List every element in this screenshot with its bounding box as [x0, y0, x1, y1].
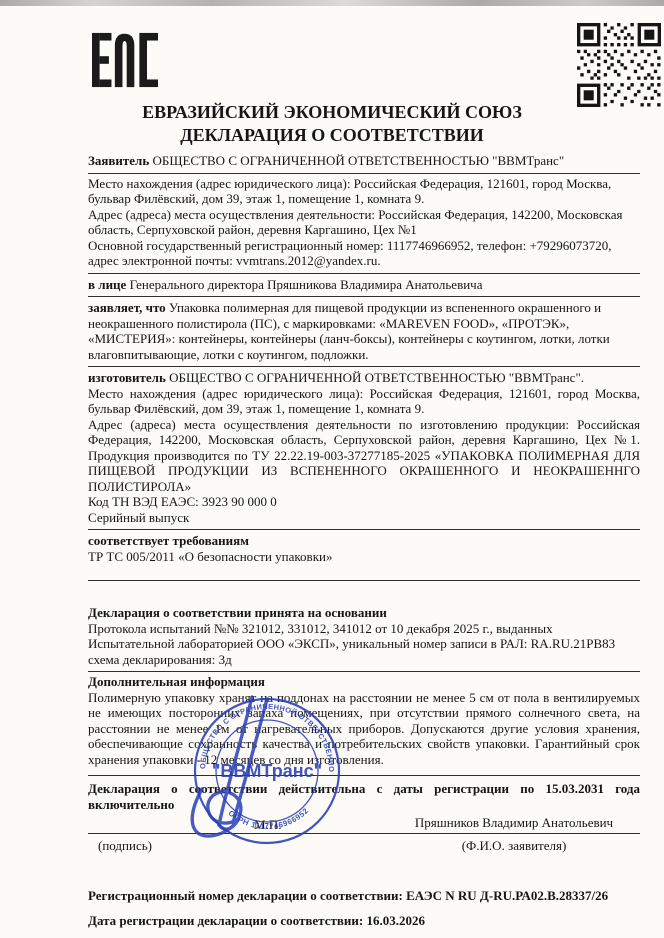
complies-row: соответствует требованиям ТР ТС 005/2011… [88, 530, 640, 581]
declares-row: заявляет, что Упаковка полимерная для пи… [88, 297, 640, 367]
applicant-legal-address: Место нахождения (адрес юридического лиц… [88, 176, 640, 207]
signature-area: М.П. Пряшников Владимир Анатольевич (под… [88, 814, 640, 872]
registration-date-value: 16.03.2026 [366, 913, 425, 928]
release-type: Серийный выпуск [88, 510, 640, 526]
complies-value: ТР ТС 005/2011 «О безопасности упаковки» [88, 549, 640, 565]
applicant-value: ОБЩЕСТВО С ОГРАНИЧЕННОЙ ОТВЕТСТВЕННОСТЬЮ… [152, 153, 564, 168]
title-line-declaration: ДЕКЛАРАЦИЯ О СООТВЕТСТВИИ [0, 124, 664, 147]
declares-label: заявляет, что [88, 300, 166, 315]
additional-info-label: Дополнительная информация [88, 674, 640, 690]
declaration-scheme: схема декларирования: 3д [88, 652, 640, 668]
name-caption: (Ф.И.О. заявителя) [388, 838, 640, 854]
complies-label: соответствует требованиям [88, 533, 640, 549]
handwritten-signature [180, 692, 310, 849]
scan-edge-artifact [0, 0, 664, 6]
basis-value: Протокола испытаний №№ 321012, 331012, 3… [88, 621, 640, 652]
validity-row: Декларация о соответствии действительна … [88, 776, 640, 814]
registration-number-value: ЕАЭС N RU Д-RU.РА02.В.28337/26 [406, 888, 608, 903]
registration-footer: Регистрационный номер декларации о соотв… [88, 886, 640, 931]
applicant-row: Заявитель ОБЩЕСТВО С ОГРАНИЧЕННОЙ ОТВЕТС… [88, 150, 640, 174]
manufacturer-legal-address: Место нахождения (адрес юридического лиц… [88, 386, 640, 417]
qr-code-icon [575, 23, 663, 112]
applicant-activity-address: Адрес (адреса) места осуществления деяте… [88, 207, 640, 238]
basis-row: Декларация о соответствии принята на осн… [88, 603, 640, 672]
person-label: в лице [88, 277, 126, 292]
registration-number-label: Регистрационный номер декларации о соотв… [88, 888, 403, 903]
registration-number-line: Регистрационный номер декларации о соотв… [88, 886, 640, 906]
declaration-document: ЕВРАЗИЙСКИЙ ЭКОНОМИЧЕСКИЙ СОЮЗ ДЕКЛАРАЦИ… [0, 0, 664, 938]
manufacturer-value: ОБЩЕСТВО С ОГРАНИЧЕННОЙ ОТВЕТСТВЕННОСТЬЮ… [169, 370, 584, 385]
document-body: Заявитель ОБЩЕСТВО С ОГРАНИЧЕННОЙ ОТВЕТС… [88, 150, 640, 936]
applicant-label: Заявитель [88, 153, 149, 168]
signature-caption: (подпись) [98, 838, 152, 854]
tn-ved-code: Код ТН ВЭД ЕАЭС: 3923 90 000 0 [88, 494, 640, 510]
registration-date-line: Дата регистрации декларации о соответств… [88, 911, 640, 931]
applicant-ogrn-contacts: Основной государственный регистрационный… [88, 238, 640, 269]
title-line-union: ЕВРАЗИЙСКИЙ ЭКОНОМИЧЕСКИЙ СОЮЗ [0, 101, 664, 124]
basis-label: Декларация о соответствии принята на осн… [88, 605, 640, 621]
declares-value: Упаковка полимерная для пищевой продукци… [88, 300, 610, 362]
manufacturer-row: изготовитель ОБЩЕСТВО С ОГРАНИЧЕННОЙ ОТВ… [88, 367, 640, 530]
additional-info-text: Полимерную упаковку хранят на поддонах н… [88, 690, 640, 768]
manufacturer-production-address: Адрес (адреса) места осуществления деяте… [88, 417, 640, 495]
eac-logo-icon [92, 29, 158, 96]
document-title: ЕВРАЗИЙСКИЙ ЭКОНОМИЧЕСКИЙ СОЮЗ ДЕКЛАРАЦИ… [0, 101, 664, 147]
applicant-details-row: Место нахождения (адрес юридического лиц… [88, 174, 640, 274]
signature-line [88, 833, 640, 834]
person-row: в лице Генерального директора Пряшникова… [88, 274, 640, 298]
additional-info-row: Дополнительная информация Полимерную упа… [88, 672, 640, 776]
manufacturer-label: изготовитель [88, 370, 166, 385]
registration-date-label: Дата регистрации декларации о соответств… [88, 913, 363, 928]
applicant-full-name: Пряшников Владимир Анатольевич [388, 815, 640, 831]
person-value: Генерального директора Пряшникова Владим… [130, 277, 483, 292]
